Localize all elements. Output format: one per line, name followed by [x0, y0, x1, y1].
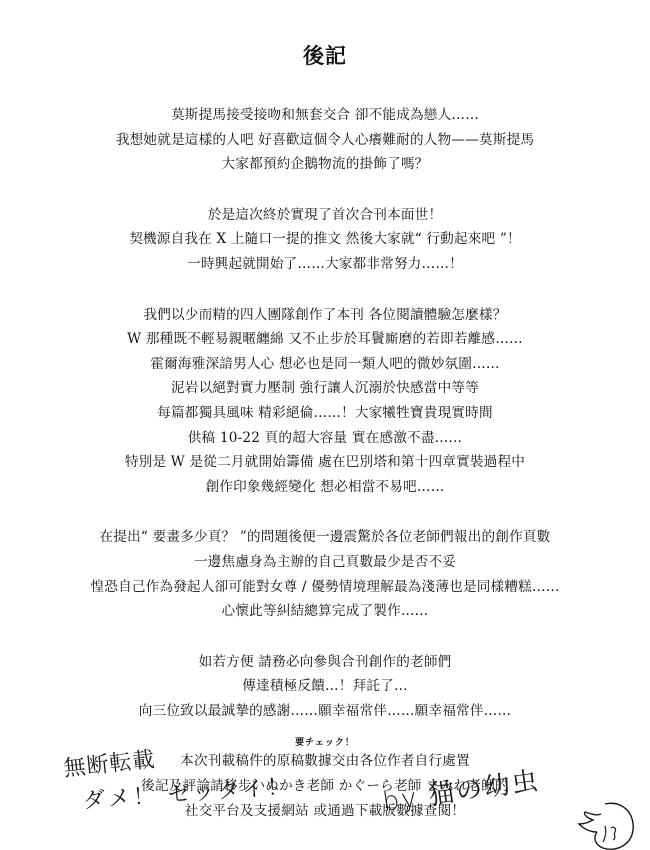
text-line: 一邊焦慮身為主辦的自己頁數最少是否不妥: [0, 550, 650, 575]
text-line: W 那種既不輕易親暱纏綿 又不止步於耳鬢廝磨的若即若離感……: [0, 327, 650, 352]
text-line: 供稿 10-22 頁的超大容量 實在感激不盡……: [0, 426, 650, 451]
paragraph-2: 於是這次終於實現了首次合刊本面世！ 契機源自我在 X 上隨口一提的推文 然後大家…: [0, 203, 650, 277]
check-note: 要チェック！: [0, 735, 650, 748]
text-line: 在提出“ 要畫多少頁？ ”的問題後便一邊震驚於各位老師們報出的創作頁數: [0, 525, 650, 550]
text-line: 於是這次終於實現了首次合刊本面世！: [0, 203, 650, 228]
paragraph-5: 如若方便 請務必向參與合刊創作的老師們 傳達積極反饋…！拜託了… 向三位致以最誠…: [0, 650, 650, 724]
text-line: 莫斯提馬接受接吻和無套交合 卻不能成為戀人……: [0, 103, 650, 128]
page-title: 後記: [0, 40, 650, 70]
text-line: 我想她就是這樣的人吧 好喜歡這個令人心癢難耐的人物——莫斯提馬: [0, 128, 650, 153]
text-line: 傳達積極反饋…！拜託了…: [0, 674, 650, 699]
text-line: 向三位致以最誠摯的感謝……願幸福常伴……願幸福常伴……: [0, 699, 650, 724]
text-line: 每篇都獨具風味 精彩絕倫……！大家犧牲寶貴現實時間: [0, 401, 650, 426]
text-line: 創作印象幾經變化 想必相當不易吧……: [0, 475, 650, 500]
text-line: 契機源自我在 X 上隨口一提的推文 然後大家就“ 行動起來吧 ”！: [0, 227, 650, 252]
text-line: 惶恐自己作為發起人卻可能對女尊 / 優勢情境理解最為淺薄也是同樣糟糕……: [0, 575, 650, 600]
paragraph-1: 莫斯提馬接受接吻和無套交合 卻不能成為戀人…… 我想她就是這樣的人吧 好喜歡這個…: [0, 103, 650, 177]
text-line: 特別是 W 是從二月就開始籌備 處在巴別塔和第十四章實裝過程中: [0, 450, 650, 475]
text-line: 我們以少而精的四人團隊創作了本刊 各位閱讀體驗怎麼樣？: [0, 303, 650, 328]
text-line: 霍爾海雅深諳男人心 想必也是同一類人吧的微妙氛圍……: [0, 352, 650, 377]
text-line: 心懷此等糾結總算完成了製作……: [0, 599, 650, 624]
text-line: 如若方便 請務必向參與合刊創作的老師們: [0, 650, 650, 675]
paragraph-3: 我們以少而精的四人團隊創作了本刊 各位閱讀體驗怎麼樣？ W 那種既不輕易親暱纏綿…: [0, 303, 650, 500]
larva-doodle-icon: [575, 798, 637, 850]
text-line: 泥岩以絕對實力壓制 強行讓人沉溺於快感當中等等: [0, 376, 650, 401]
text-line: 一時興起就開始了……大家都非常努力……！: [0, 252, 650, 277]
paragraph-4: 在提出“ 要畫多少頁？ ”的問題後便一邊震驚於各位老師們報出的創作頁數 一邊焦慮…: [0, 525, 650, 623]
author-signature: by 猫の幼虫: [380, 770, 650, 850]
text-line: 大家都預約企鵝物流的掛飾了嗎？: [0, 152, 650, 177]
handwritten-no-repost-note: 無断転載 ダメ！ ゼッタイ！: [62, 752, 302, 832]
